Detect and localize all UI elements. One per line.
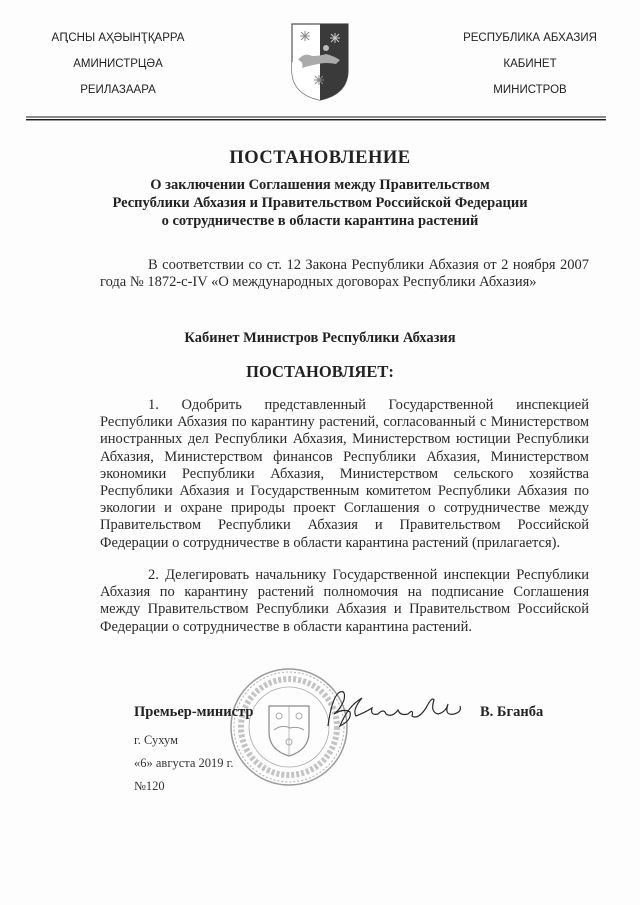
header-russian-block: РЕСПУБЛИКА АБХАЗИЯ КАБИНЕТ МИНИСТРОВ [440, 30, 620, 108]
header-left-line-3: РЕИЛАЗААРА [28, 82, 208, 108]
coat-of-arms-icon [290, 22, 350, 102]
subject-line-2: Республики Абхазия и Правительством Росс… [90, 194, 550, 212]
signing-date: «6» августа 2019 г. [134, 756, 234, 771]
issuer-heading: Кабинет Министров Республики Абхазия [0, 330, 640, 347]
header-right-line-1: РЕСПУБЛИКА АБХАЗИЯ [440, 30, 620, 56]
document-page: АԤСНЫ АҲӘЫНҬҚАРРА АМИНИСТРЦӘА РЕИЛАЗААРА… [0, 0, 640, 905]
subject-line-1: О заключении Соглашения между Правительс… [90, 176, 550, 194]
handwritten-signature-icon [322, 686, 472, 736]
signatory-role: Премьер-министр [134, 704, 253, 721]
document-subject: О заключении Соглашения между Правительс… [90, 176, 550, 230]
document-number: №120 [134, 779, 165, 794]
decree-item-1: 1. Одобрить представленный Государственн… [100, 397, 589, 552]
header-right-line-2: КАБИНЕТ [440, 56, 620, 82]
decree-item-2: 2. Делегировать начальнику Государственн… [100, 567, 589, 636]
header-abkhaz-block: АԤСНЫ АҲӘЫНҬҚАРРА АМИНИСТРЦӘА РЕИЛАЗААРА [28, 30, 208, 108]
signatory-name: В. Бганба [480, 704, 543, 721]
signing-city: г. Сухум [134, 733, 178, 748]
subject-line-3: о сотрудничестве в области карантина рас… [90, 212, 550, 230]
header-left-line-2: АМИНИСТРЦӘА [28, 56, 208, 82]
header-right-line-3: МИНИСТРОВ [440, 82, 620, 108]
document-type-title: ПОСТАНОВЛЕНИЕ [0, 148, 640, 169]
decree-heading: ПОСТАНОВЛЯЕТ: [0, 362, 640, 382]
header-divider-light [26, 120, 606, 121]
preamble-paragraph: В соответствии со ст. 12 Закона Республи… [100, 257, 589, 291]
header-left-line-1: АԤСНЫ АҲӘЫНҬҚАРРА [28, 30, 208, 56]
